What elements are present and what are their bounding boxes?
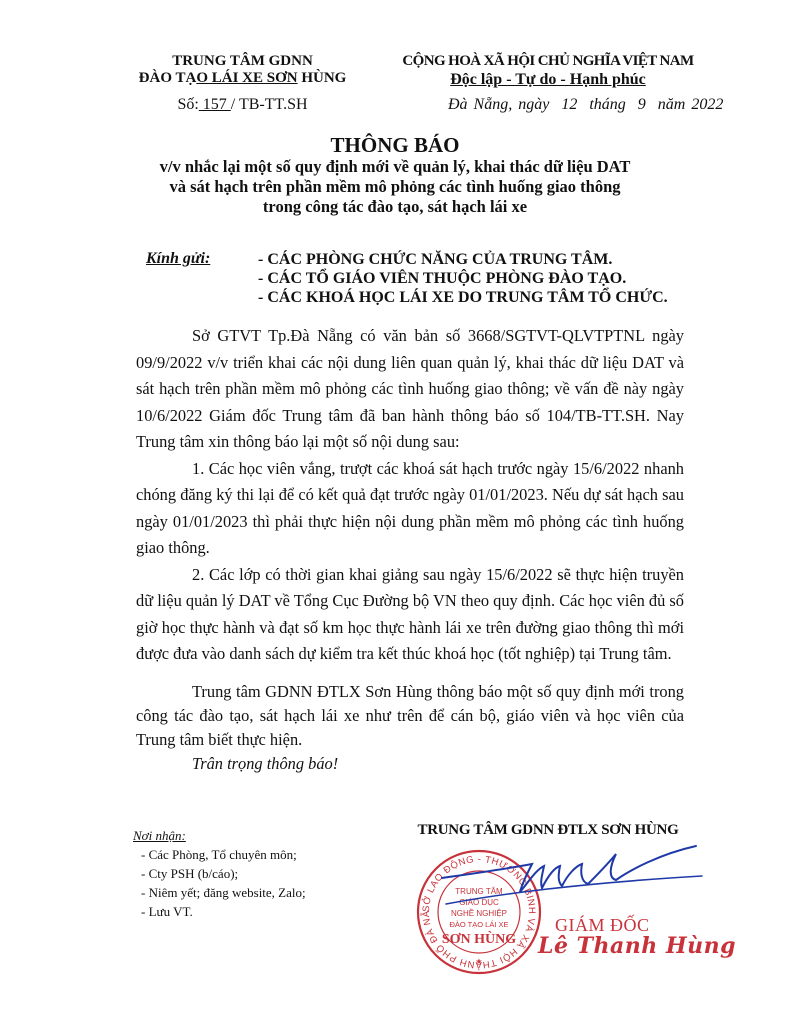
- svg-text:ĐÀO TẠO LÁI XE: ĐÀO TẠO LÁI XE: [449, 920, 508, 929]
- issuer-name-part: HÙNG: [298, 70, 347, 86]
- doc-number-value: 157: [199, 96, 231, 113]
- distribution-item: - Các Phòng, Tổ chuyên môn;: [133, 845, 373, 864]
- issuer-header: TRUNG TÂM GDNN ĐÀO TẠO LÁI XE SƠN HÙNG S…: [130, 53, 355, 115]
- issuer-name-line1: TRUNG TÂM GDNN: [130, 53, 355, 70]
- closing-line: Trân trọng thông báo!: [136, 752, 684, 776]
- issue-date: Đà Nẵng, ngày 12 tháng 9 năm 2022: [388, 95, 708, 115]
- distribution-label: Nơi nhận:: [133, 826, 373, 845]
- issuer-name-part: ĐÀO TẠ: [139, 70, 197, 86]
- svg-text:SƠN HÙNG: SƠN HÙNG: [442, 930, 516, 947]
- recipient-item: - CÁC KHOÁ HỌC LÁI XE DO TRUNG TÂM TỔ CH…: [258, 288, 668, 307]
- svg-text:★: ★: [475, 957, 482, 966]
- subject-line-2: và sát hạch trên phần mềm mô phỏng các t…: [100, 177, 690, 197]
- intro-paragraph: Sở GTVT Tp.Đà Nẵng có văn bản số 3668/SG…: [136, 323, 684, 456]
- point-2-paragraph: 2. Các lớp có thời gian khai giảng sau n…: [136, 562, 684, 668]
- issuer-name-underlined: O LÁI XE SƠN: [196, 70, 297, 86]
- recipient-item: - CÁC TỔ GIÁO VIÊN THUỘC PHÒNG ĐÀO TẠO.: [258, 269, 668, 288]
- issuer-name-line2: ĐÀO TẠO LÁI XE SƠN HÙNG: [130, 70, 355, 87]
- subject-line-3: trong công tác đào tạo, sát hạch lái xe: [100, 197, 690, 217]
- subject-line-1: v/v nhắc lại một số quy định mới về quản…: [100, 157, 690, 177]
- document-title: THÔNG BÁO: [100, 133, 690, 157]
- distribution-item: - Cty PSH (b/cáo);: [133, 864, 373, 883]
- national-motto: Độc lập - Tự do - Hạnh phúc: [388, 70, 708, 89]
- distribution-list: Nơi nhận: - Các Phòng, Tổ chuyên môn; - …: [133, 826, 373, 921]
- signing-organization: TRUNG TÂM GDNN ĐTLX SƠN HÙNG: [388, 822, 708, 839]
- document-body: Sở GTVT Tp.Đà Nẵng có văn bản số 3668/SG…: [136, 323, 684, 776]
- recipient-item: - CÁC PHÒNG CHỨC NĂNG CỦA TRUNG TÂM.: [258, 250, 668, 269]
- document-number: Số: 157 / TB-TT.SH: [130, 95, 355, 115]
- national-header: CỘNG HOÀ XÃ HỘI CHỦ NGHĨA VIỆT NAM Độc l…: [388, 53, 708, 115]
- document-title-block: THÔNG BÁO v/v nhắc lại một số quy định m…: [100, 133, 690, 217]
- signature-icon: [440, 840, 710, 920]
- conclusion-paragraph: Trung tâm GDNN ĐTLX Sơn Hùng thông báo m…: [136, 680, 684, 752]
- doc-number-label: Số:: [177, 96, 198, 113]
- country-name: CỘNG HOÀ XÃ HỘI CHỦ NGHĨA VIỆT NAM: [388, 53, 708, 70]
- doc-number-suffix: / TB-TT.SH: [231, 96, 308, 113]
- distribution-item: - Niêm yết; đăng website, Zalo;: [133, 883, 373, 902]
- point-1-paragraph: 1. Các học viên vắng, trượt các khoá sát…: [136, 456, 684, 562]
- signer-name: Lê Thanh Hùng: [538, 933, 736, 959]
- distribution-item: - Lưu VT.: [133, 902, 373, 921]
- recipients-list: - CÁC PHÒNG CHỨC NĂNG CỦA TRUNG TÂM. - C…: [258, 250, 668, 307]
- recipients-label: Kính gửi:: [146, 250, 210, 268]
